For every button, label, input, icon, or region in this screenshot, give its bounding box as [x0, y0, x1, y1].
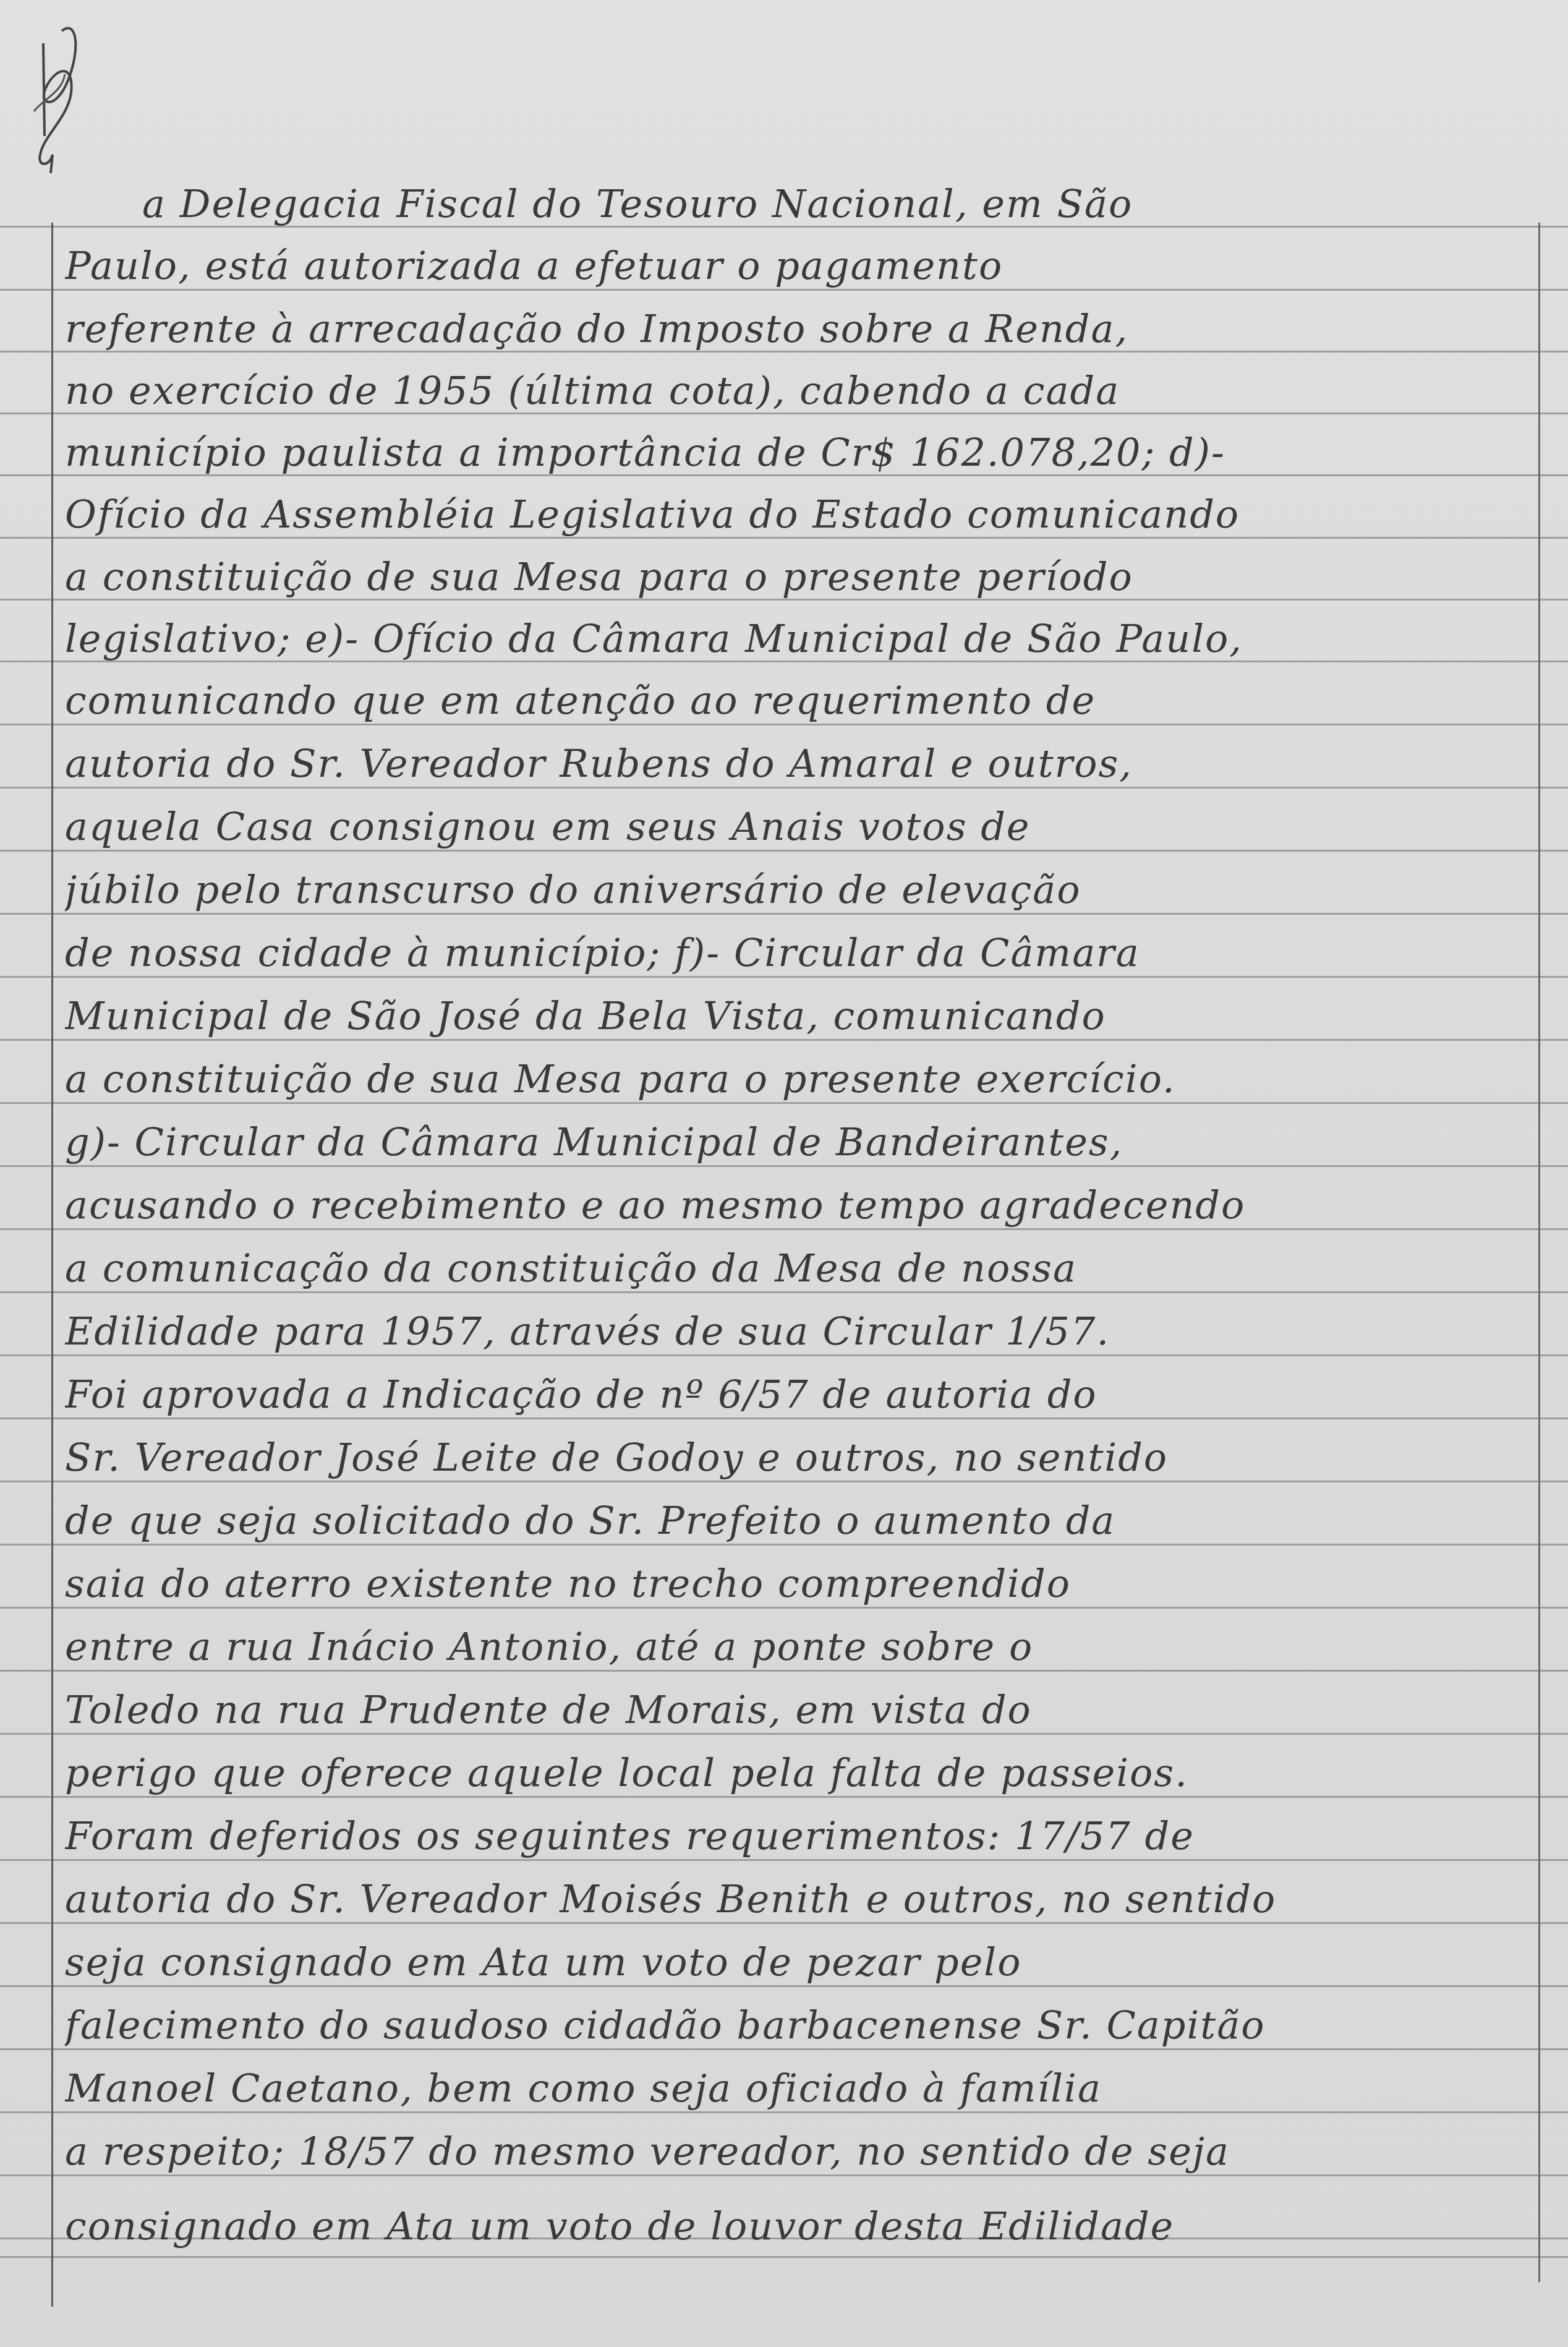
handwritten-line: legislativo; e)- Ofício da Câmara Munici…: [65, 614, 1536, 664]
handwritten-line: no exercício de 1955 (última cota), cabe…: [65, 366, 1536, 416]
handwritten-line: Edilidade para 1957, através de sua Circ…: [65, 1307, 1536, 1356]
handwritten-line: de que seja solicitado do Sr. Prefeito o…: [65, 1496, 1536, 1545]
handwritten-line: saia do aterro existente no trecho compr…: [65, 1559, 1536, 1609]
handwritten-line: a respeito; 18/57 do mesmo vereador, no …: [65, 2127, 1536, 2176]
handwritten-line: perigo que oferece aquele local pela fal…: [65, 1748, 1536, 1798]
handwritten-line: falecimento do saudoso cidadão barbacene…: [65, 2001, 1536, 2050]
handwritten-line: comunicando que em atenção ao requerimen…: [65, 676, 1536, 725]
handwritten-line: município paulista a importância de Cr$ …: [65, 428, 1536, 477]
handwritten-line: de nossa cidade à município; f)- Circula…: [65, 928, 1536, 978]
handwritten-line: Manoel Caetano, bem como seja oficiado à…: [65, 2064, 1536, 2113]
handwritten-line: entre a rua Inácio Antonio, até a ponte …: [65, 1622, 1536, 1672]
handwritten-line: g)- Circular da Câmara Municipal de Band…: [65, 1118, 1536, 1167]
handwritten-line: seja consignado em Ata um voto de pezar …: [65, 1938, 1536, 1987]
right-margin-line: [1538, 223, 1540, 2282]
handwritten-line: consignado em Ata um voto de louvor dest…: [65, 2202, 1536, 2251]
left-margin-line: [51, 223, 53, 2307]
handwritten-line: referente à arrecadação do Imposto sobre…: [65, 304, 1536, 354]
ruled-line: [0, 2256, 1568, 2258]
handwritten-line: a Delegacia Fiscal do Tesouro Nacional, …: [142, 179, 1502, 229]
handwritten-line: Paulo, está autorizada a efetuar o pagam…: [65, 241, 1536, 291]
handwritten-line: a comunicação da constituição da Mesa de…: [65, 1244, 1536, 1293]
handwritten-line: acusando o recebimento e ao mesmo tempo …: [65, 1181, 1536, 1230]
handwritten-line: Sr. Vereador José Leite de Godoy e outro…: [65, 1433, 1536, 1482]
handwritten-line: a constituição de sua Mesa para o presen…: [65, 1054, 1536, 1104]
handwritten-line: Municipal de São José da Bela Vista, com…: [65, 991, 1536, 1041]
signature-rubric-icon: [19, 12, 87, 173]
handwritten-line: aquela Casa consignou em seus Anais voto…: [65, 802, 1536, 852]
handwritten-line: júbilo pelo transcurso do aniversário de…: [65, 865, 1536, 915]
handwritten-line: Foram deferidos os seguintes requeriment…: [65, 1811, 1536, 1861]
handwritten-line: a constituição de sua Mesa para o presen…: [65, 552, 1536, 602]
handwritten-line: autoria do Sr. Vereador Rubens do Amaral…: [65, 739, 1536, 789]
handwritten-line: Toledo na rua Prudente de Morais, em vis…: [65, 1685, 1536, 1735]
ledger-page: a Delegacia Fiscal do Tesouro Nacional, …: [0, 0, 1568, 2347]
handwritten-line: Foi aprovada a Indicação de nº 6/57 de a…: [65, 1370, 1536, 1419]
handwritten-line: Ofício da Assembléia Legislativa do Esta…: [65, 490, 1536, 539]
handwritten-line: autoria do Sr. Vereador Moisés Benith e …: [65, 1875, 1536, 1924]
